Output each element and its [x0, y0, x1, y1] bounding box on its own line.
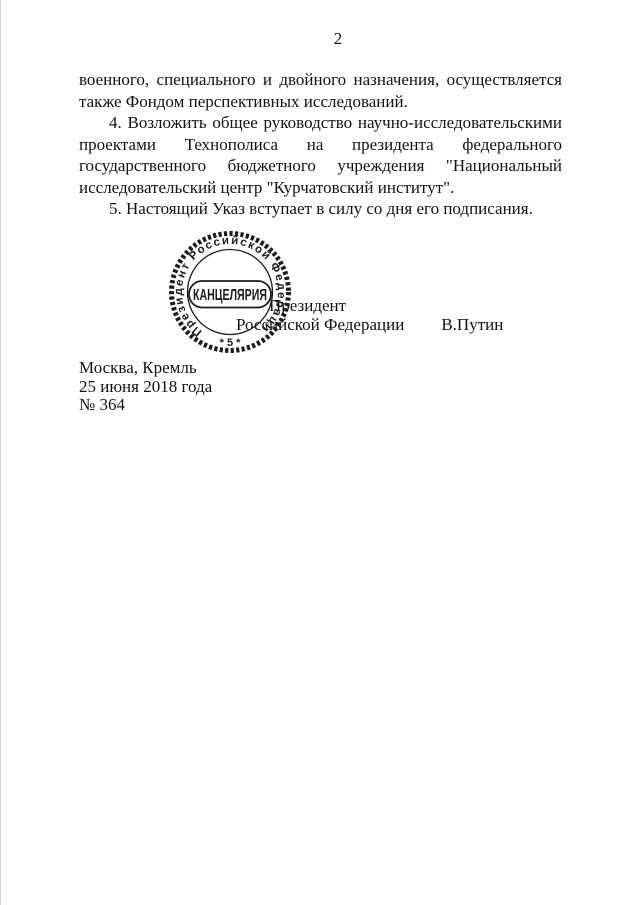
document-page: 2 военного, специального и двойного назн…	[0, 0, 640, 905]
footer-date: 25 июня 2018 года	[79, 378, 212, 397]
body-line: военного, специального и двойного назнач…	[79, 69, 562, 91]
footer-block: Москва, Кремль 25 июня 2018 года № 364	[79, 359, 212, 415]
signatory-name: В.Путин	[441, 316, 503, 335]
decree-body: военного, специального и двойного назнач…	[79, 69, 562, 220]
body-line: 4. Возложить общее руководство научно-ис…	[79, 112, 562, 134]
body-line: проектами Технополиса на президента феде…	[79, 134, 562, 156]
page-number: 2	[298, 28, 378, 50]
body-line: также Фондом перспективных исследований.	[79, 91, 562, 113]
chancellery-stamp: Президент Российской Федерации * 5 * КАН…	[162, 224, 298, 360]
body-line: государственного бюджетного учреждения "…	[79, 155, 562, 177]
stamp-center-label: КАНЦЕЛЯРИЯ	[193, 287, 267, 304]
footer-place: Москва, Кремль	[79, 359, 212, 378]
footer-doc-number: № 364	[79, 396, 212, 415]
stamp-number: * 5 *	[220, 337, 242, 349]
body-line: 5. Настоящий Указ вступает в силу со дня…	[79, 198, 562, 220]
body-line: исследовательский центр "Курчатовский ин…	[79, 177, 562, 199]
